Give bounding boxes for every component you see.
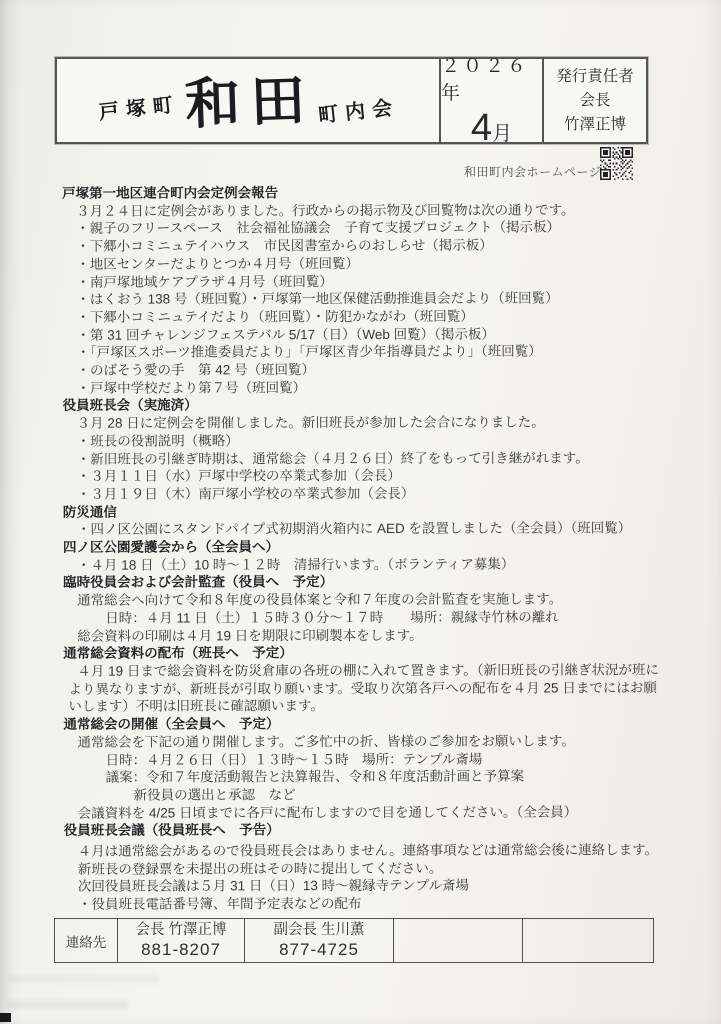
text-line: ・戸塚中学校だより第７号（班回覧） — [77, 378, 666, 397]
title-prefix: 戸塚町 — [97, 88, 181, 125]
section-heading: 役員班長会議（役員班長へ 予告） — [64, 821, 667, 840]
text-line: ・３月１１日（水）戸塚中学校の卒業式参加（会長） — [77, 466, 666, 485]
homepage-label: 和田町内会ホームページ — [464, 163, 601, 180]
text-line: ・役員班長電話番号簿、年間予定表などの配布 — [78, 894, 667, 913]
issue-month-number: 4 — [471, 107, 492, 149]
title-main: 和田 — [184, 56, 317, 139]
contact-row-label: 連絡先 — [55, 919, 118, 963]
text-line: ・四ノ区公園にスタンドパイプ式初期消火箱内に AED を設置しました（全会員）（… — [77, 520, 666, 539]
issue-month-unit: 月 — [492, 123, 512, 145]
contact-table: 連絡先 会長 竹澤正博 881-8207 副会長 生川薫 877-4725 — [54, 918, 654, 963]
publisher-role: 発行責任者 — [556, 65, 634, 89]
section-heading: 防災通信 — [63, 502, 666, 521]
section-heading: 通常総会資料の配布（班長へ 予定） — [63, 643, 666, 662]
title-suffix: 町内会 — [317, 91, 401, 128]
scan-corner-mark — [0, 1013, 11, 1022]
issue-month: 4月 — [471, 107, 512, 150]
issue-date: ２０２６年 4月 — [439, 59, 542, 142]
text-line: 次回役員班長会議は５月 31 日（日）13 時〜親縁寺テンプル斎場 — [69, 877, 667, 896]
text-line: ・下郷小コミニュテイハウス 市民図書室からのおしらせ（掲示板） — [76, 236, 665, 255]
newsletter-body: 戸塚第一地区連合町内会定例会報告３月２４日に定例会がありました。行政からの掲示物… — [62, 183, 667, 913]
contact-phone: 877-4725 — [245, 940, 393, 960]
issue-year: ２０２６年 — [441, 51, 542, 105]
text-line: ３月 28 日に定例会を開催しました。新旧班長が参加した会合になりました。 — [68, 413, 666, 432]
text-line: ４月は通常総会があるので役員班長会はありません。連絡事項などは通常総会後に連絡し… — [69, 841, 667, 860]
text-line: 通常総会を下記の通り開催します。ご多忙中の折、皆様のご参加をお願いします。 — [68, 732, 666, 751]
contact-cell-empty-2 — [523, 919, 654, 963]
masthead-banner: 戸塚町 和田 町内会 ２０２６年 4月 発行責任者 会長 竹澤正博 — [55, 57, 648, 144]
contact-row: 連絡先 会長 竹澤正博 881-8207 副会長 生川薫 877-4725 — [55, 919, 654, 963]
text-line: ・南戸塚地域ケアプラザ４月号（班回覧） — [76, 272, 665, 291]
contact-phone: 881-8207 — [118, 940, 244, 960]
text-line: 総会資料の印刷は４月 19 日を期限に印刷製本をします。 — [68, 626, 666, 645]
text-line: 日時：４月２６日（日）１３時〜１５時 場所：テンプル斎場 — [106, 750, 667, 769]
text-line: ・班長の役割説明（概略） — [77, 431, 666, 450]
text-line: ・「戸塚区スポーツ推進委員だより」「戸塚区青少年指導員だより」（班回覧） — [76, 343, 665, 362]
text-line: ・のばそう愛の手 第 42 号（班回覧） — [77, 360, 666, 379]
contact-cell-vice-chairman: 副会長 生川薫 877-4725 — [245, 919, 394, 963]
section-heading: 戸塚第一地区連合町内会定例会報告 — [62, 183, 665, 202]
text-line: ・下郷小コミニュテイだより（班回覧）・防犯かながわ（班回覧） — [76, 307, 665, 326]
section-heading: 通常総会の開催（全会員へ 予定） — [63, 714, 666, 733]
contact-name: 副会長 生川薫 — [245, 921, 393, 940]
newsletter-title: 戸塚町 和田 町内会 — [57, 59, 439, 142]
contact-cell-chairman: 会長 竹澤正博 881-8207 — [118, 919, 245, 963]
scanned-newsletter-page: 戸塚町 和田 町内会 ２０２６年 4月 発行責任者 会長 竹澤正博 和田町内会ホ… — [0, 0, 721, 1024]
text-line: ・はくおう 138 号（班回覧）・戸塚第一地区保健活動推進員会だより（班回覧） — [76, 289, 665, 308]
publisher-title: 会長 — [579, 89, 610, 113]
bleedthrough-smudge — [8, 1000, 128, 1009]
text-line: ・３月１９日（木）南戸塚小学校の卒業式参加（会長） — [77, 484, 666, 503]
section-heading: 役員班長会（実施済） — [63, 396, 666, 415]
text-line: ・新旧班長の引継ぎ時期は、通常総会（４月２６日）終了をもって引き継がれます。 — [77, 449, 666, 468]
section-heading: 臨時役員会および会計監査（役員へ 予定） — [63, 573, 666, 592]
text-line: ・地区センターだよりとつか４月号（班回覧） — [76, 254, 665, 273]
text-line: 新役員の選出と承認 など — [134, 785, 667, 804]
publisher-box: 発行責任者 会長 竹澤正博 — [542, 59, 646, 142]
text-line: 会議資料を 4/25 日頃までに各戸に配布しますので目を通してください。（全会員… — [69, 803, 667, 822]
section-heading: 四ノ区公園愛護会から（全会員へ） — [63, 537, 666, 556]
text-line: ・親子のフリースペース 社会福祉協議会 子育て支援プロジェクト（掲示板） — [76, 219, 665, 238]
contact-cell-empty-1 — [394, 919, 523, 963]
bleedthrough-smudge — [8, 975, 158, 983]
contact-name: 会長 竹澤正博 — [118, 921, 244, 940]
text-line: 通常総会へ向けて令和８年度の役員体案と令和７年度の会計監査を実施します。 — [68, 590, 666, 609]
text-line: ・第 31 回チャレンジフェステバル 5/17（日）（Web 回覧）（掲示板） — [76, 325, 665, 344]
text-line: ３月２４日に定例会がありました。行政からの掲示物及び回覧物は次の通りです。 — [67, 201, 665, 220]
text-line: 日時：４月 11 日（土）１５時３０分〜１７時 場所：親縁寺竹林の離れ — [105, 608, 666, 627]
publisher-name: 竹澤正博 — [564, 113, 626, 137]
text-line: ４月 19 日まで総会資料を防災倉庫の各班の棚に入れて置きます。（新旧班長の引継… — [68, 661, 666, 716]
text-line: ・４月 18 日（土）10 時〜１２時 清掃行います。（ボランティア募集） — [77, 555, 666, 574]
text-line: 新班長の登録票を未提出の班はその時に提出してください。 — [69, 859, 667, 878]
qr-code-icon — [600, 147, 633, 180]
text-line: 議案：令和７年度活動報告と決算報告、令和８年度活動計画と予算案 — [106, 767, 667, 786]
